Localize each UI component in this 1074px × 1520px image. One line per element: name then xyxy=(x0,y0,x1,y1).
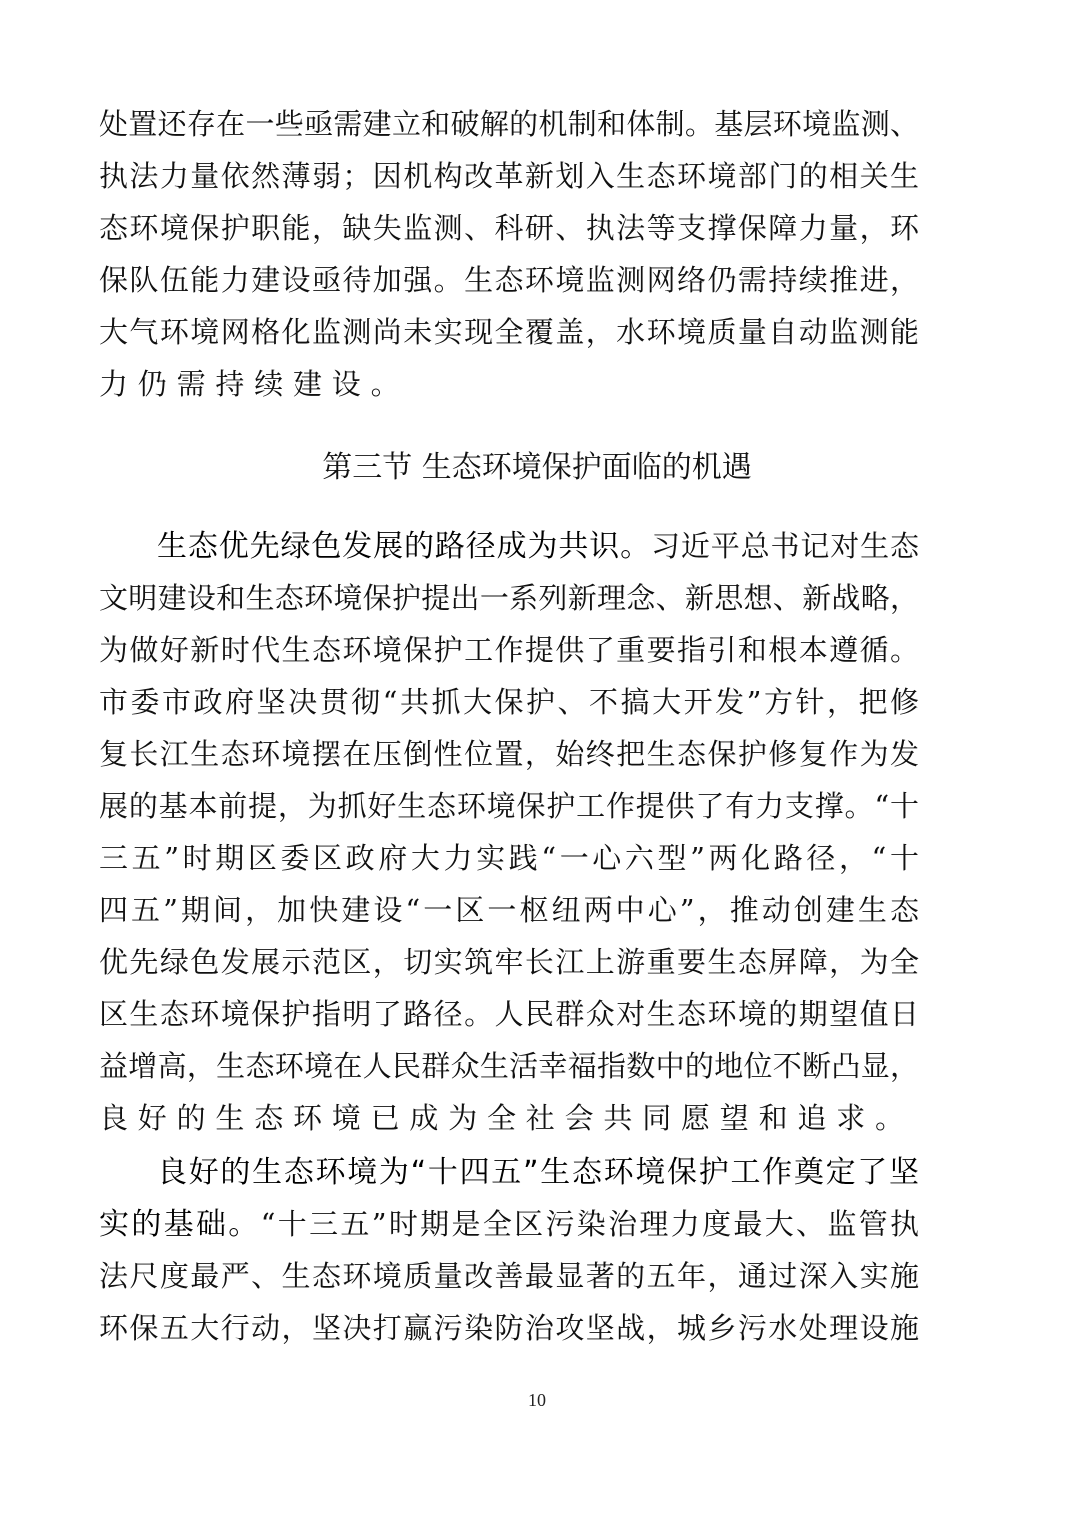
text-line: 态环境保护职能，缺失监测、科研、执法等支撑保障力量，环 xyxy=(99,202,919,254)
text-line: 执法力量依然薄弱；因机构改革新划入生态环境部门的相关生 xyxy=(99,150,919,202)
text-line: 文明建设和生态环境保护提出一系列新理念、新思想、新战略， xyxy=(99,572,919,624)
text-line: 处置还存在一些亟需建立和破解的机制和体制。基层环境监测、 xyxy=(99,98,919,150)
page-number: 10 xyxy=(0,1390,1074,1411)
section-heading: 第三节 生态环境保护面临的机遇 xyxy=(0,442,1074,494)
text-line: 优先绿色发展示范区，切实筑牢长江上游重要生态屏障，为全 xyxy=(99,936,919,988)
text-segment: 习近平总书记对生态 xyxy=(651,529,919,563)
text-line: 保队伍能力建设亟待加强。生态环境监测网络仍需持续推进， xyxy=(99,254,919,306)
text-line: 为做好新时代生态环境保护工作提供了重要指引和根本遵循。 xyxy=(99,624,919,676)
text-line: 区生态环境保护指明了路径。人民群众对生态环境的期望值日 xyxy=(99,988,919,1040)
text-line: 三五”时期区委区政府大力实践“一心六型”两化路径，“十 xyxy=(99,832,919,884)
text-line: 法尺度最严、生态环境质量改善最显著的五年，通过深入实施 xyxy=(99,1250,919,1302)
text-segment: “十三五”时期是全区污染治理力度最大、监管执 xyxy=(261,1207,919,1241)
text-line: 实的基础。“十三五”时期是全区污染治理力度最大、监管执 xyxy=(99,1198,919,1250)
text-line: 展的基本前提，为抓好生态环境保护工作提供了有力支撑。“十 xyxy=(99,780,919,832)
paragraph-lead-line: 生态优先绿色发展的路径成为共识。习近平总书记对生态 xyxy=(157,520,919,572)
text-line: 大气环境网格化监测尚未实现全覆盖，水环境质量自动监测能 xyxy=(99,306,919,358)
text-line: 力仍需持续建设。 xyxy=(99,358,919,410)
text-line: 市委市政府坚决贯彻“共抓大保护、不搞大开发”方针，把修 xyxy=(99,676,919,728)
text-line: 四五”期间，加快建设“一区一枢纽两中心”，推动创建生态 xyxy=(99,884,919,936)
text-line: 环保五大行动，坚决打赢污染防治攻坚战，城乡污水处理设施 xyxy=(99,1302,919,1354)
text-line: 复长江生态环境摆在压倒性位置，始终把生态保护修复作为发 xyxy=(99,728,919,780)
bold-lead-text: 生态优先绿色发展的路径成为共识。 xyxy=(157,529,651,564)
text-line: 良好的生态环境已成为全社会共同愿望和追求。 xyxy=(99,1092,919,1144)
paragraph-lead-line: 良好的生态环境为“十四五”生态环境保护工作奠定了坚 xyxy=(157,1146,919,1198)
document-page: 处置还存在一些亟需建立和破解的机制和体制。基层环境监测、 执法力量依然薄弱；因机… xyxy=(0,0,1074,1520)
bold-lead-text: 良好的生态环境为“十四五”生态环境保护工作奠定了坚 xyxy=(157,1155,919,1190)
text-line: 益增高，生态环境在人民群众生活幸福指数中的地位不断凸显， xyxy=(99,1040,919,1092)
bold-lead-text: 实的基础。 xyxy=(99,1207,261,1242)
